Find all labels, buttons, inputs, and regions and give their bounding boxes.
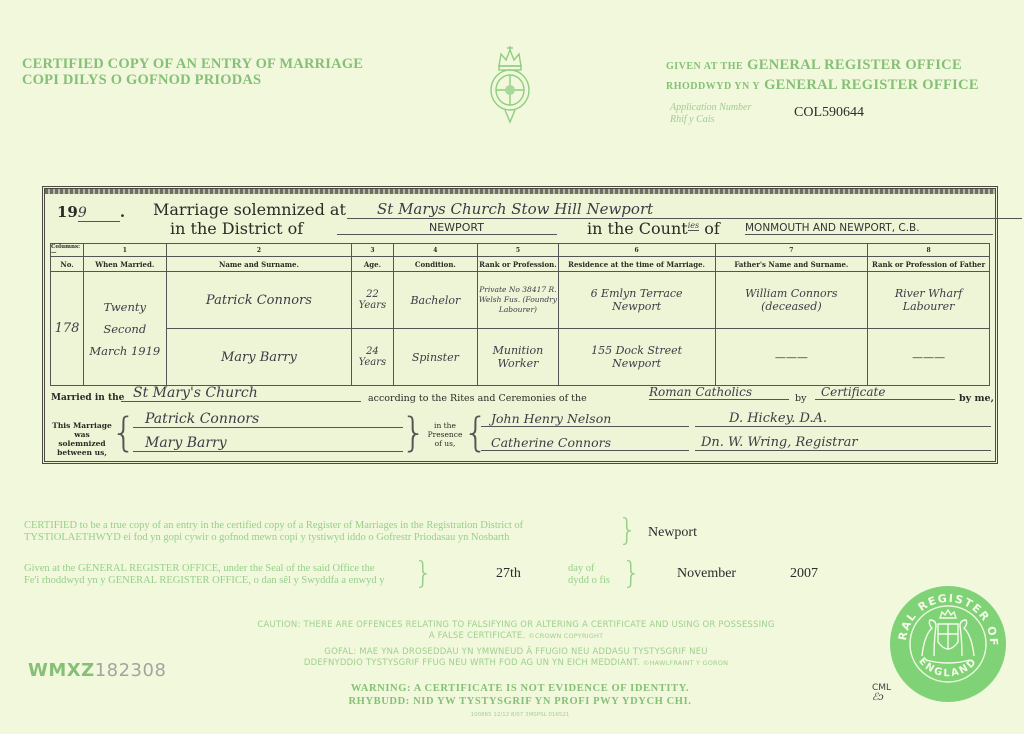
given-brace: } <box>414 561 433 587</box>
general-register-office-seal-icon: GENERAL REGISTER OFFICE ✕ ENGLAND ✕ <box>888 584 1008 704</box>
col-header-father-name: Father's Name and Surname. <box>715 257 868 272</box>
register-year: 199. <box>57 203 125 222</box>
given-month: November <box>677 566 736 582</box>
rites-value: Roman Catholics <box>649 385 789 400</box>
title-welsh: COPI DILYS O GOFNOD PRIODAS <box>22 72 363 88</box>
col-header-when-married: When Married. <box>84 257 167 272</box>
table-row: Mary Barry 24 Years Spinster Munition Wo… <box>51 329 990 386</box>
by-value: Certificate <box>815 385 955 400</box>
married-in-value: St Mary's Church <box>121 385 361 402</box>
royal-crest-icon <box>487 44 533 126</box>
given-at-label: GIVEN AT THE <box>666 61 743 72</box>
witness-2: Catherine Connors <box>481 435 689 451</box>
day-of-brace: } <box>622 561 641 587</box>
district-label: in the District of <box>170 219 303 238</box>
col-header-father-profession: Rank or Profession of Father <box>868 257 990 272</box>
county-label: in the Counties of <box>587 219 720 238</box>
district-value: NEWPORT <box>337 221 557 235</box>
by-label: by <box>795 393 806 404</box>
rites-label: according to the Rites and Ceremonies of… <box>368 393 587 404</box>
groom-name: Patrick Connors <box>166 272 352 329</box>
certified-district: Newport <box>648 525 697 541</box>
groom-father-profession: River Wharf Labourer <box>868 272 990 329</box>
certified-brace: } <box>618 518 637 544</box>
col-header-name: Name and Surname. <box>166 257 352 272</box>
day-of-label: day of dydd o fis <box>568 563 610 587</box>
party-bride: Mary Barry <box>133 435 403 452</box>
office-name: GENERAL REGISTER OFFICE <box>747 57 962 73</box>
by-me-label: by me, <box>959 393 994 404</box>
county-value: MONMOUTH AND NEWPORT, C.B. <box>745 222 993 235</box>
groom-age: 22 Years <box>352 272 393 329</box>
officiant-2: Dn. W. Wring, Registrar <box>695 435 991 451</box>
between-label: This Marriage was solemnized between us, <box>51 421 113 457</box>
bride-father-name: ——— <box>715 329 868 386</box>
col-header-condition: Condition. <box>393 257 478 272</box>
col-header-age: Age. <box>352 257 393 272</box>
office-name-welsh: GENERAL REGISTER OFFICE <box>764 77 979 93</box>
bride-profession: Munition Worker <box>478 329 558 386</box>
print-code: 100865 12/12 8/07 3MSPSL 016521 <box>300 712 740 718</box>
caution-text: CAUTION: THERE ARE OFFENCES RELATING TO … <box>196 620 836 669</box>
given-at-label-welsh: RHODDWYD YN Y <box>666 81 760 92</box>
groom-condition: Bachelor <box>393 272 478 329</box>
groom-father-name: William Connors (deceased) <box>715 272 868 329</box>
bride-condition: Spinster <box>393 329 478 386</box>
groom-residence: 6 Emlyn Terrace Newport <box>558 272 715 329</box>
certificate-serial: WMXZ182308 <box>28 660 166 681</box>
bride-name: Mary Barry <box>166 329 352 386</box>
col-header-residence: Residence at the time of Marriage. <box>558 257 715 272</box>
solemnized-place: St Marys Church Stow Hill Newport <box>347 200 1022 219</box>
warning-text: WARNING: A CERTIFICATE IS NOT EVIDENCE O… <box>300 682 740 708</box>
witness-1: John Henry Nelson <box>481 411 689 427</box>
column-headers: No. When Married. Name and Surname. Age.… <box>51 257 990 272</box>
bride-father-profession: ——— <box>868 329 990 386</box>
col-header-profession: Rank or Profession. <box>478 257 558 272</box>
married-in-label: Married in the <box>51 393 124 403</box>
when-married: Twenty Second March 1919 <box>84 272 167 386</box>
application-number-label: Application Number Rhif y Cais <box>670 102 751 126</box>
certified-statement: CERTIFIED to be a true copy of an entry … <box>24 520 523 544</box>
column-numbers: Columns:— 1 2 3 4 5 6 7 8 <box>51 244 990 257</box>
given-day: 27th <box>496 566 521 582</box>
application-number: COL590644 <box>794 105 864 121</box>
solemnized-label: Marriage solemnized at <box>153 201 346 219</box>
presence-label: in the Presence of us, <box>425 421 465 448</box>
groom-profession: Private No 38417 R. Welsh Fus. (Foundry … <box>478 272 558 329</box>
given-year: 2007 <box>790 566 818 582</box>
register-entry: 199. Marriage solemnized at St Marys Chu… <box>42 186 998 464</box>
title-english: CERTIFIED COPY OF AN ENTRY OF MARRIAGE <box>22 56 363 72</box>
right-brace: } <box>401 411 426 455</box>
party-groom: Patrick Connors <box>133 411 403 428</box>
bride-age: 24 Years <box>352 329 393 386</box>
entry-number: 178 <box>51 272 84 386</box>
table-row: 178 Twenty Second March 1919 Patrick Con… <box>51 272 990 329</box>
register-table: Columns:— 1 2 3 4 5 6 7 8 No. When Marri… <box>50 243 990 386</box>
certificate-title: CERTIFIED COPY OF AN ENTRY OF MARRIAGE C… <box>22 56 363 88</box>
bride-residence: 155 Dock Street Newport <box>558 329 715 386</box>
officiant-1: D. Hickey. D.A. <box>695 411 991 427</box>
given-statement: Given at the GENERAL REGISTER OFFICE, un… <box>24 563 385 587</box>
issuing-office: GIVEN AT THE GENERAL REGISTER OFFICE RHO… <box>666 56 979 96</box>
col-header-no: No. <box>51 257 84 272</box>
